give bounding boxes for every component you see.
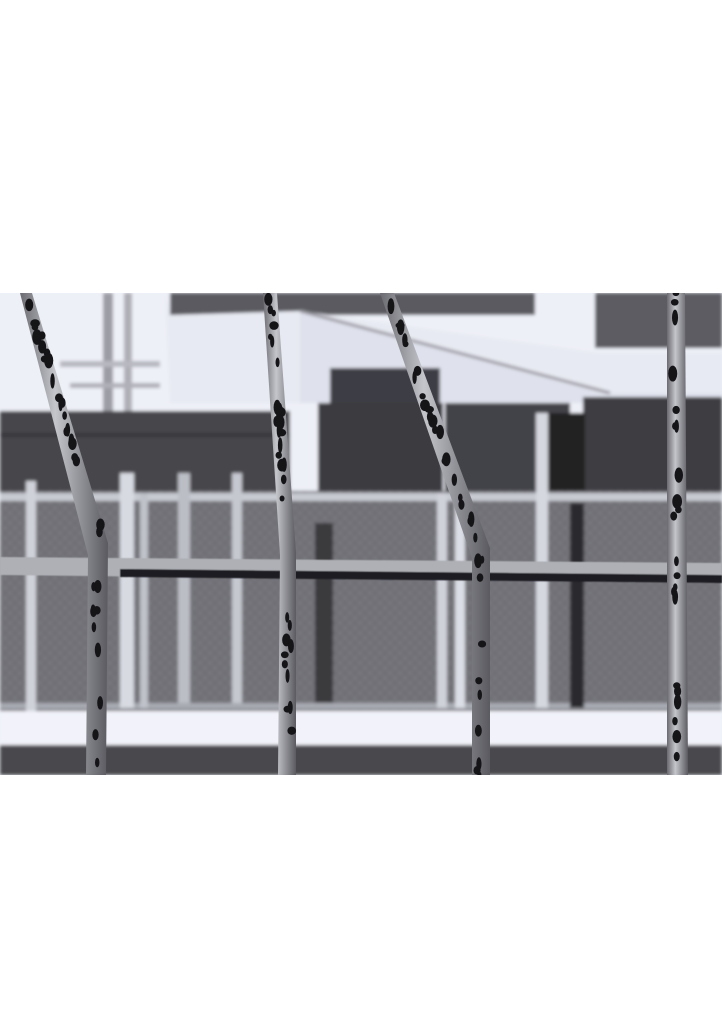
photo: Black-and-white photograph of rusted met…: [0, 293, 722, 775]
photo-scene: [0, 293, 722, 775]
background: [0, 293, 722, 775]
